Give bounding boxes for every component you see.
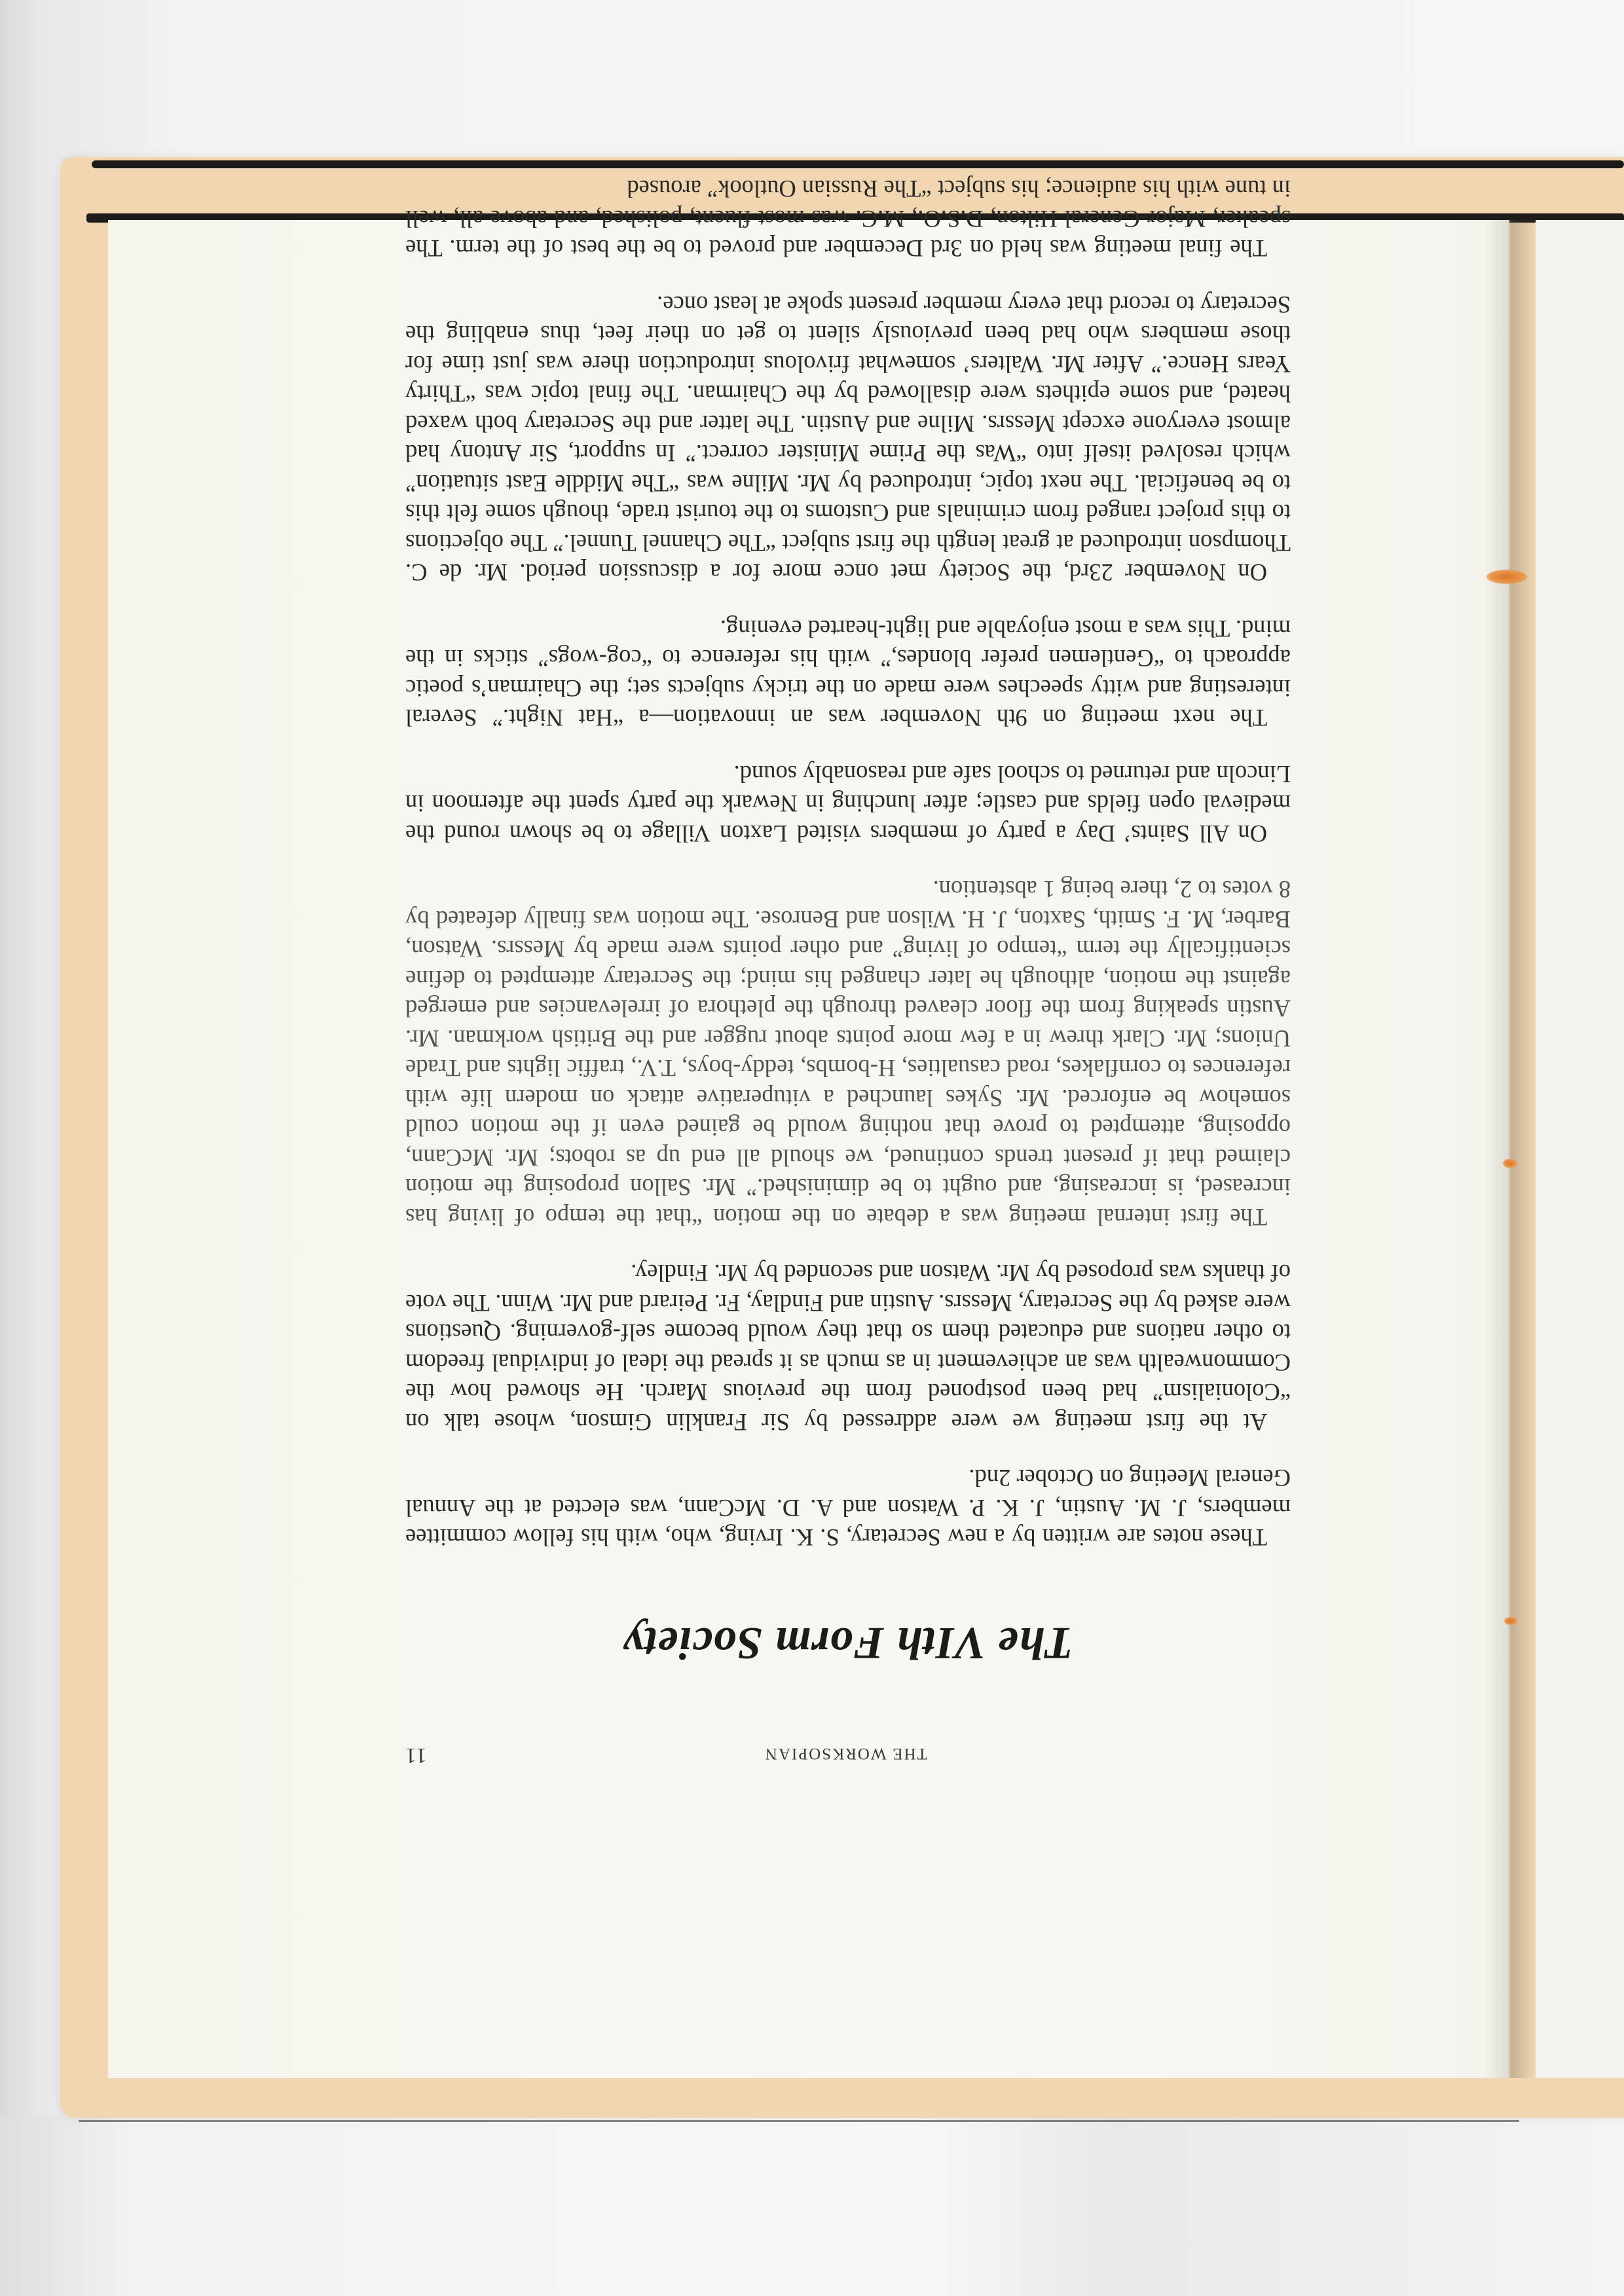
publication-title: THE WORKSOPIAN	[764, 1739, 927, 1769]
paragraph: The first internal meeting was a debate …	[405, 875, 1291, 1232]
paragraph: The next meeting on 9th November was an …	[405, 614, 1291, 733]
paragraph: At the first meeting we were addressed b…	[405, 1258, 1291, 1437]
page-number: 11	[405, 1741, 427, 1771]
paragraph: These notes are written by a new Secreta…	[405, 1463, 1291, 1553]
article-title: The VIth Form Society	[405, 1617, 1291, 1669]
facing-page-edge	[1536, 220, 1624, 2078]
running-head: THE WORKSOPIAN 11	[405, 1739, 1291, 1771]
paragraph: The final meeting was held on 3rd Decemb…	[405, 174, 1291, 264]
scanner-background	[0, 2115, 1624, 2296]
article-body: THE WORKSOPIAN 11 The VIth Form Society …	[405, 148, 1291, 1770]
cover-worn-edge	[79, 2115, 1519, 2122]
page-content-rotated: THE WORKSOPIAN 11 The VIth Form Society …	[108, 220, 1509, 2078]
paragraph: On All Saints’ Day a party of members vi…	[405, 759, 1291, 849]
paragraph: On November 23rd, the Society met once m…	[405, 290, 1291, 588]
